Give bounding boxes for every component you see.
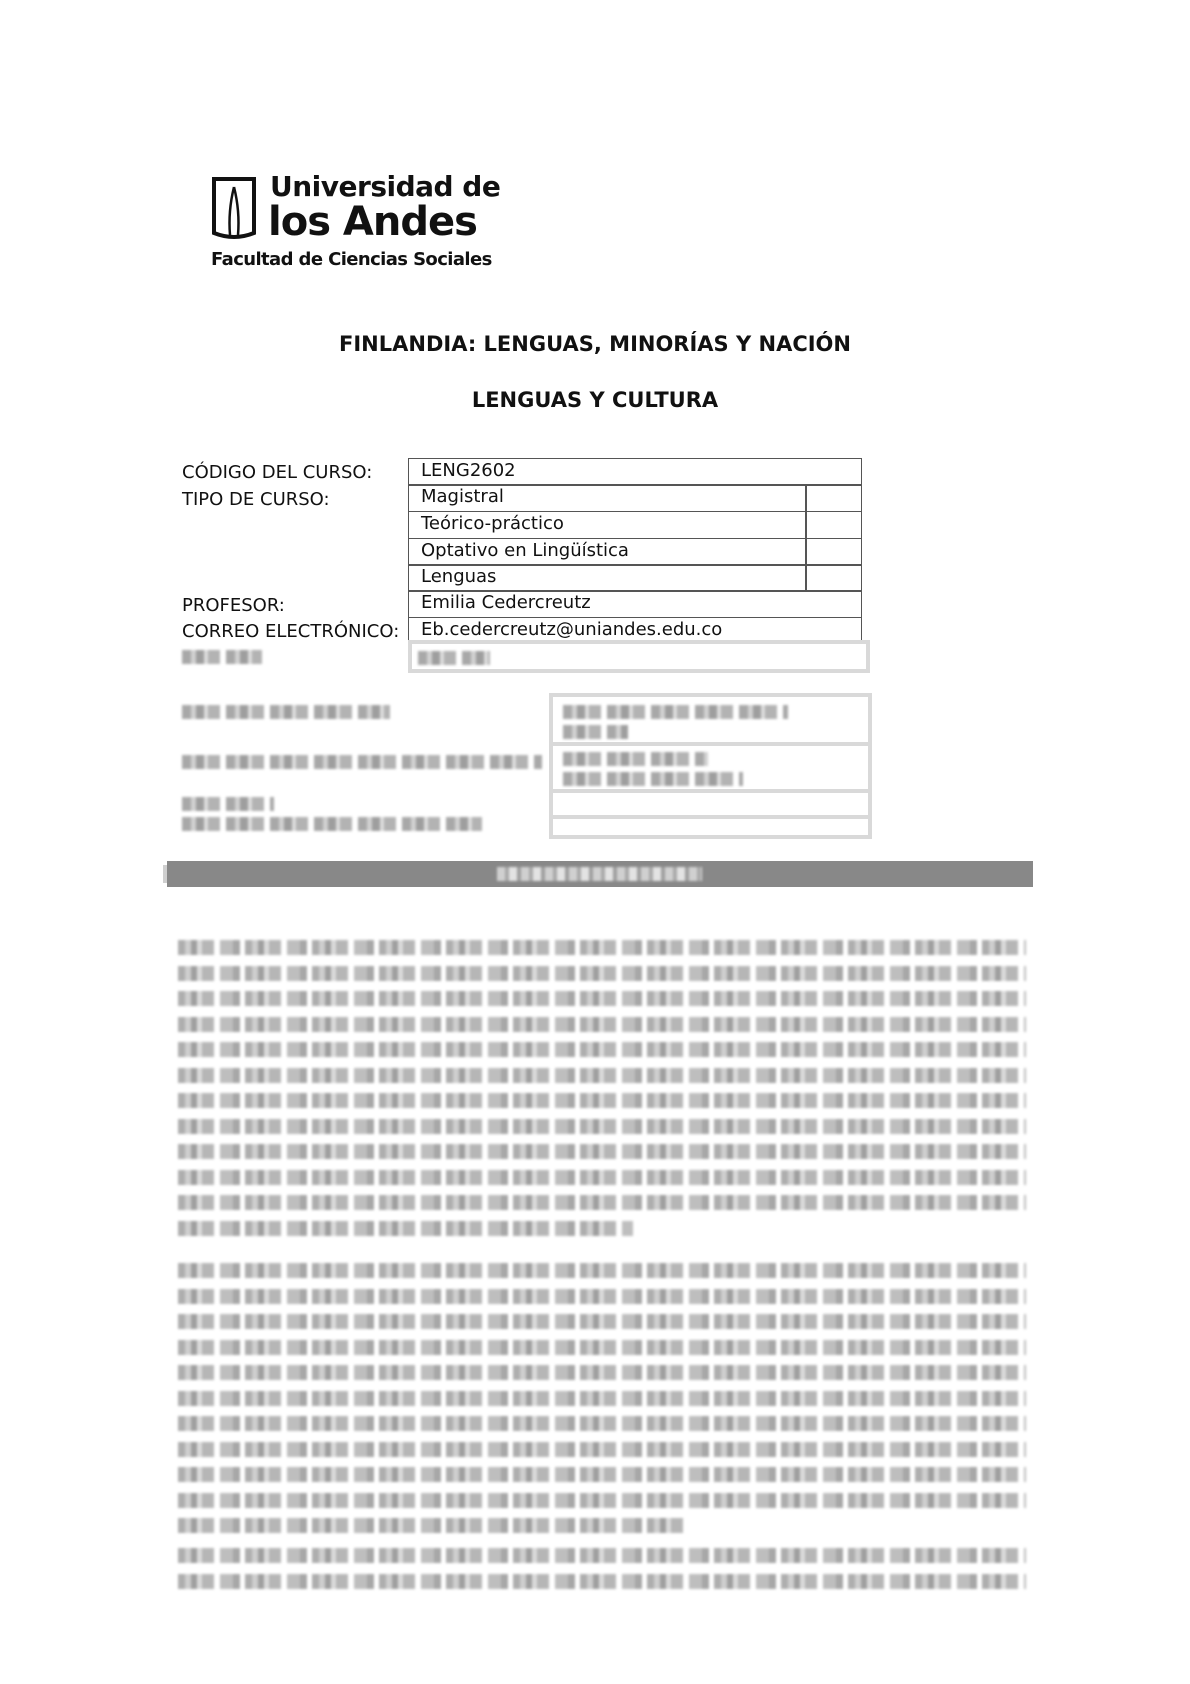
university-logo: Universidad de los Andes Facultad de Cie… (210, 172, 460, 272)
course-type-checkbox-optativo[interactable] (805, 538, 862, 566)
redacted-paragraph-line (178, 1068, 1026, 1083)
redacted-value (563, 752, 708, 766)
redacted-paragraph-line (178, 1442, 1026, 1457)
redacted-paragraph-line (178, 1170, 1026, 1185)
course-type-label-magistral: Magistral (421, 486, 504, 507)
section-header-bar (167, 861, 1033, 887)
redacted-label (182, 797, 274, 811)
course-type-label-teorico-practico: Teórico-práctico (421, 513, 564, 534)
redacted-label (182, 755, 542, 769)
divider (553, 789, 868, 793)
redacted-label (182, 650, 262, 664)
course-subtitle: LENGUAS Y CULTURA (0, 388, 1190, 412)
divider (553, 815, 868, 819)
course-type-checkbox-magistral[interactable] (805, 484, 862, 512)
course-type-option: Lenguas (408, 564, 807, 592)
course-code-value: LENG2602 (408, 458, 862, 486)
redacted-schedule-box (549, 693, 872, 839)
logo-line-1: Universidad de (270, 172, 500, 202)
uniandes-shield-icon (210, 175, 258, 243)
course-type-label-optativo: Optativo en Lingüística (421, 540, 629, 561)
redacted-paragraph-line (178, 1548, 1026, 1563)
redacted-paragraph-line (178, 1574, 1026, 1589)
redacted-paragraph-line (178, 1195, 1026, 1210)
logo-faculty: Facultad de Ciencias Sociales (211, 250, 492, 270)
redacted-paragraph-line (178, 1467, 1026, 1482)
course-code-label: CÓDIGO DEL CURSO: (182, 462, 372, 484)
redacted-paragraph-line (178, 991, 1026, 1006)
redacted-paragraph-line (178, 1518, 683, 1533)
logo-line-2: los Andes (268, 200, 477, 244)
redacted-paragraph-line (178, 1144, 1026, 1159)
redacted-value (563, 705, 788, 719)
redacted-paragraph-line (178, 1416, 1026, 1431)
redacted-value (563, 772, 743, 786)
professor-value: Emilia Cedercreutz (408, 590, 862, 618)
professor-label: PROFESOR: (182, 595, 285, 617)
course-type-checkbox-teorico-practico[interactable] (805, 511, 862, 539)
course-type-label-lenguas: Lenguas (421, 566, 496, 587)
redacted-paragraph-line (178, 1017, 1026, 1032)
redacted-paragraph-line (178, 1493, 1026, 1508)
redacted-label (182, 705, 390, 719)
course-type-option: Teórico-práctico (408, 511, 807, 539)
redacted-label (182, 817, 482, 831)
redacted-value (563, 725, 628, 739)
redacted-paragraph-line (178, 1263, 1026, 1278)
email-label: CORREO ELECTRÓNICO: (182, 621, 399, 643)
professor-name: Emilia Cedercreutz (421, 592, 591, 613)
course-title: FINLANDIA: LENGUAS, MINORÍAS Y NACIÓN (0, 332, 1190, 356)
redacted-paragraph-line (178, 1314, 1026, 1329)
redacted-paragraph-line (178, 1391, 1026, 1406)
course-type-option: Magistral (408, 484, 807, 512)
redacted-value (418, 651, 490, 665)
redacted-field (408, 640, 870, 673)
redacted-paragraph-line (178, 1365, 1026, 1380)
redacted-paragraph-line (178, 1340, 1026, 1355)
course-type-checkbox-lenguas[interactable] (805, 564, 862, 592)
course-code-text: LENG2602 (421, 460, 516, 481)
redacted-paragraph-line (178, 940, 1026, 955)
redacted-paragraph-line (178, 1042, 1026, 1057)
section-header-text (497, 867, 702, 881)
course-type-option: Optativo en Lingüística (408, 538, 807, 566)
redacted-paragraph-line (178, 1221, 633, 1236)
redacted-paragraph-line (178, 1093, 1026, 1108)
redacted-paragraph-line (178, 1289, 1026, 1304)
professor-email[interactable]: Eb.cedercreutz@uniandes.edu.co (421, 619, 722, 640)
redacted-paragraph-line (178, 1119, 1026, 1134)
course-type-label: TIPO DE CURSO: (182, 489, 330, 511)
redacted-paragraph-line (178, 966, 1026, 981)
divider (553, 742, 868, 746)
